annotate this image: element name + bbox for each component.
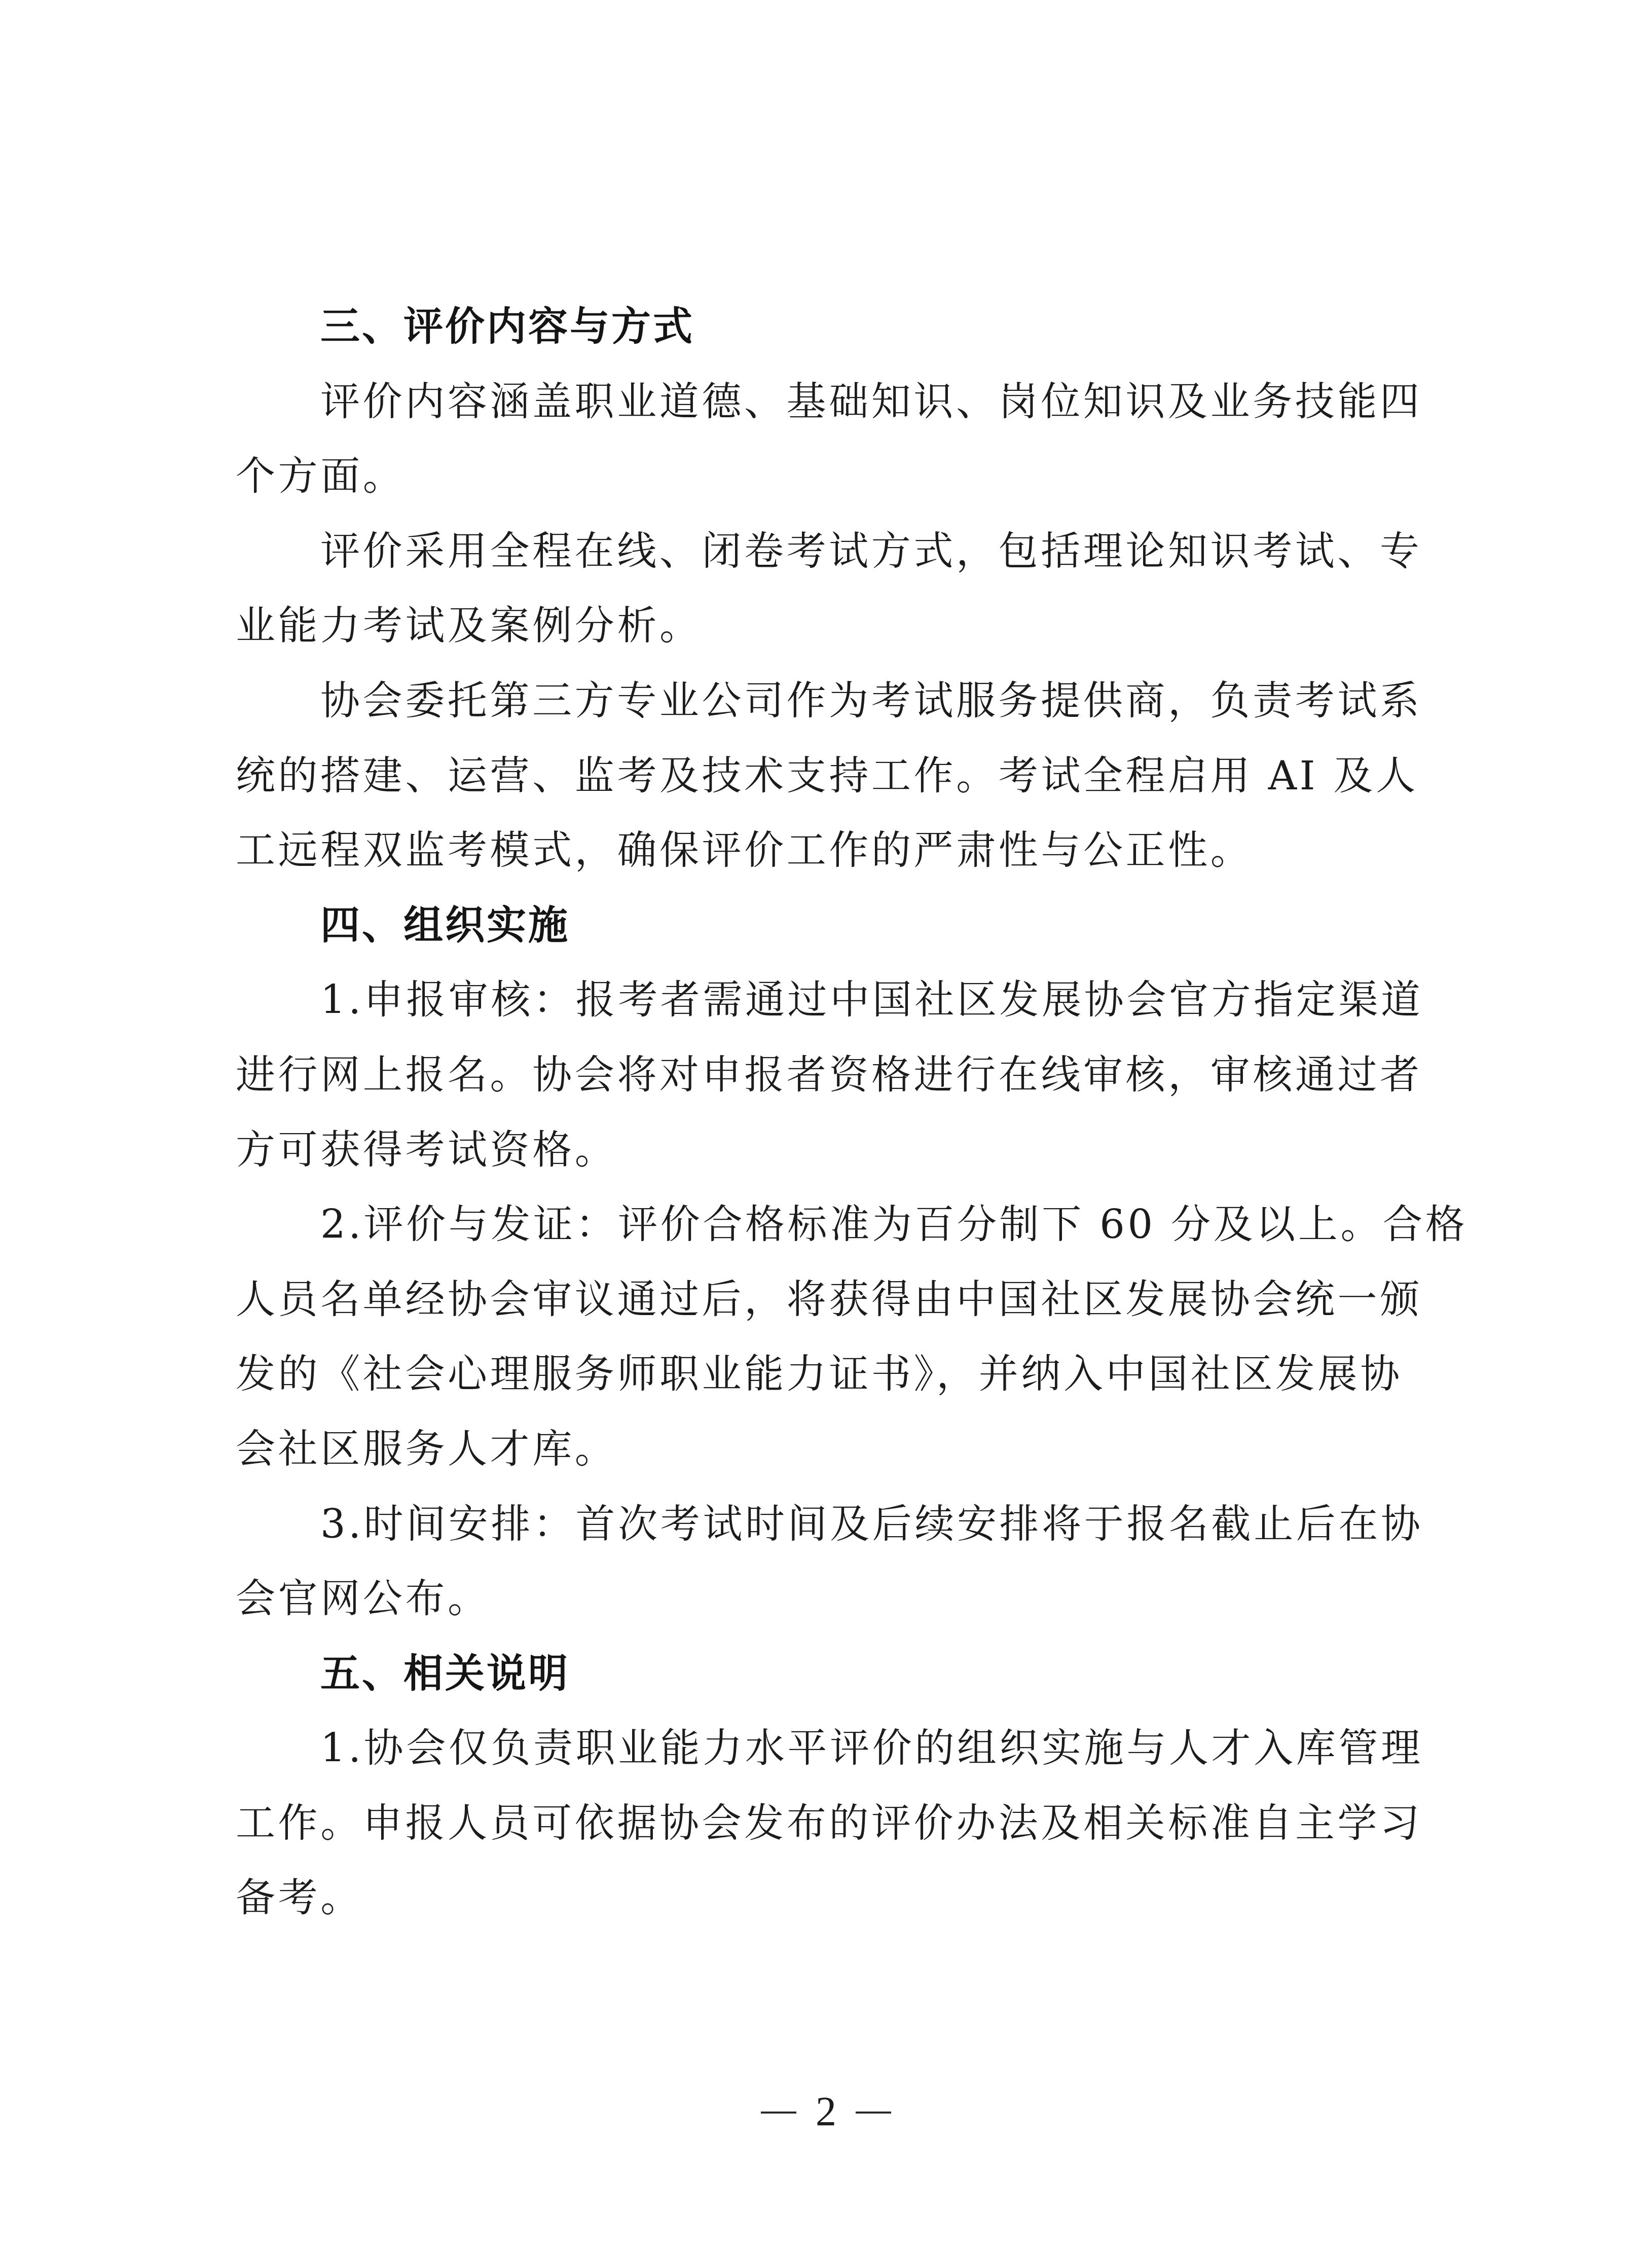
paragraph-line: 发的《社会心理服务师职业能力证书》，并纳入中国社区发展协 [236,1337,1424,1412]
paragraph-line: 1.协会仅负责职业能力水平评价的组织实施与人才入库管理 [236,1712,1424,1787]
paragraph-line: 会官网公布。 [236,1562,1424,1637]
section-heading-organization: 四、组织实施 [236,889,1424,964]
paragraph-line: 工作。申报人员可依据协会发布的评价办法及相关标准自主学习 [236,1787,1424,1862]
paragraph-line: 个方面。 [236,440,1424,515]
page-number-left-dash [761,2112,796,2114]
document-body: 三、评价内容与方式 评价内容涵盖职业道德、基础知识、岗位知识及业务技能四 个方面… [236,290,1424,1936]
page-number-right-dash [856,2112,891,2114]
page-number: 2 [0,2081,1652,2142]
paragraph-evaluation-scope: 评价内容涵盖职业道德、基础知识、岗位知识及业务技能四 个方面。 [236,365,1424,515]
paragraph-line: 评价内容涵盖职业道德、基础知识、岗位知识及业务技能四 [236,365,1424,440]
section-heading-notes: 五、相关说明 [236,1637,1424,1712]
paragraph-line: 统的搭建、运营、监考及技术支持工作。考试全程启用 AI 及人 [236,739,1424,814]
paragraph-line: 协会委托第三方专业公司作为考试服务提供商，负责考试系 [236,664,1424,739]
paragraph-line: 工远程双监考模式，确保评价工作的严肃性与公正性。 [236,814,1424,889]
page-number-value: 2 [816,2081,836,2142]
paragraph-evaluation-method: 评价采用全程在线、闭卷考试方式，包括理论知识考试、专 业能力考试及案例分析。 [236,515,1424,664]
paragraph-schedule: 3.时间安排：首次考试时间及后续安排将于报名截止后在协 会官网公布。 [236,1487,1424,1637]
document-page: 三、评价内容与方式 评价内容涵盖职业道德、基础知识、岗位知识及业务技能四 个方面… [0,0,1652,2255]
paragraph-line: 方可获得考试资格。 [236,1113,1424,1188]
paragraph-line: 2.评价与发证：评价合格标准为百分制下 60 分及以上。合格 [236,1188,1424,1263]
paragraph-line: 评价采用全程在线、闭卷考试方式，包括理论知识考试、专 [236,515,1424,590]
paragraph-line: 1.申报审核：报考者需通过中国社区发展协会官方指定渠道 [236,963,1424,1038]
paragraph-association-responsibility: 1.协会仅负责职业能力水平评价的组织实施与人才入库管理 工作。申报人员可依据协会… [236,1712,1424,1936]
paragraph-line: 3.时间安排：首次考试时间及后续安排将于报名截止后在协 [236,1487,1424,1562]
paragraph-application-review: 1.申报审核：报考者需通过中国社区发展协会官方指定渠道 进行网上报名。协会将对申… [236,963,1424,1188]
paragraph-line: 业能力考试及案例分析。 [236,589,1424,664]
section-heading-evaluation-content: 三、评价内容与方式 [236,290,1424,365]
paragraph-evaluation-certification: 2.评价与发证：评价合格标准为百分制下 60 分及以上。合格 人员名单经协会审议… [236,1188,1424,1487]
paragraph-line: 人员名单经协会审议通过后，将获得由中国社区发展协会统一颁 [236,1263,1424,1338]
paragraph-line: 备考。 [236,1861,1424,1936]
paragraph-exam-provider: 协会委托第三方专业公司作为考试服务提供商，负责考试系 统的搭建、运营、监考及技术… [236,664,1424,889]
paragraph-line: 进行网上报名。协会将对申报者资格进行在线审核，审核通过者 [236,1038,1424,1113]
paragraph-line: 会社区服务人才库。 [236,1412,1424,1487]
